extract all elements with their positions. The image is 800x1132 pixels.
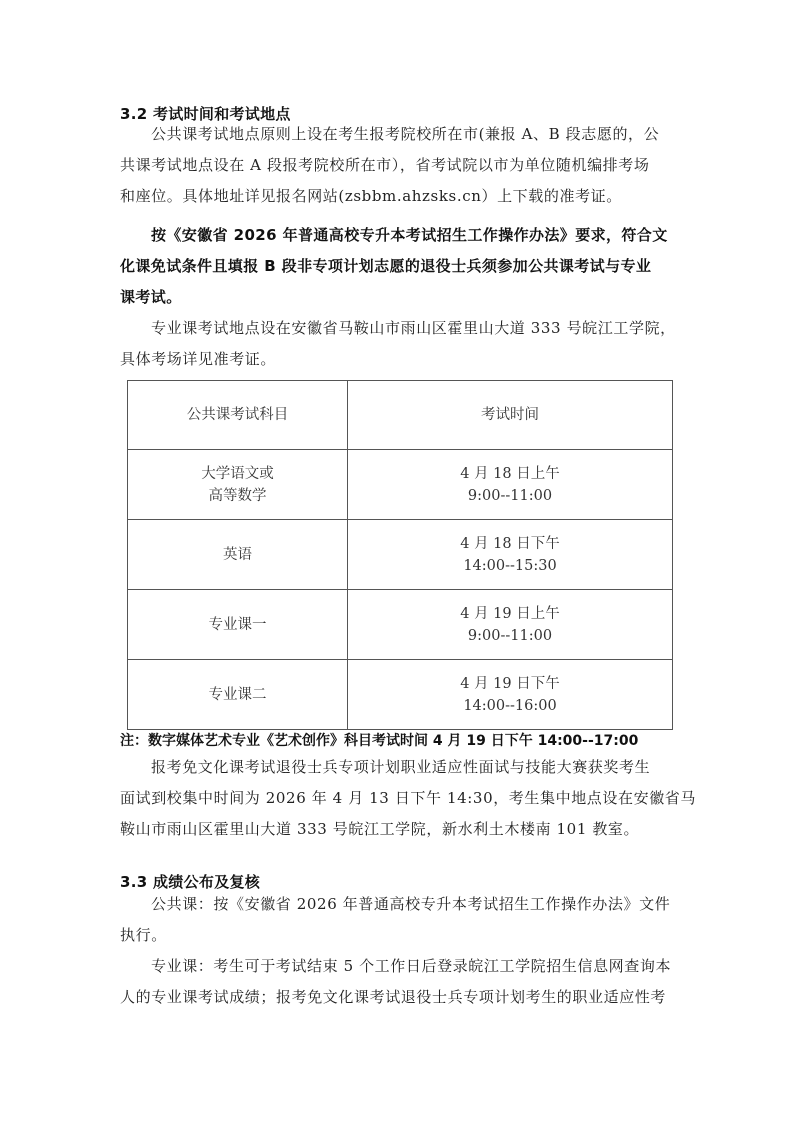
subject-line: 专业课二: [128, 684, 347, 706]
cell-subject: 英语: [128, 520, 348, 590]
text-line: 具体考场详见准考证。: [120, 344, 680, 375]
paragraph-public-scores: 公共课：按《安徽省 2026 年普通高校专升本考试招生工作操作办法》文件 执行。: [120, 889, 680, 951]
table-row: 专业课一 4 月 19 日上午 9:00--11:00: [128, 590, 673, 660]
text-line: 和座位。具体地址详见报名网站(zsbbm.ahzsks.cn）上下载的准考证。: [120, 181, 680, 212]
time-range: 9:00--11:00: [348, 625, 672, 647]
header-subject: 公共课考试科目: [128, 381, 348, 450]
paragraph-public-exam-location: 公共课考试地点原则上设在考生报考院校所在市(兼报 A、B 段志愿的，公 共课考试…: [120, 119, 680, 212]
time-range: 14:00--15:30: [348, 555, 672, 577]
text-line: 执行。: [120, 920, 680, 951]
cell-time: 4 月 19 日上午 9:00--11:00: [348, 590, 673, 660]
document-page: 3.2 考试时间和考试地点 公共课考试地点原则上设在考生报考院校所在市(兼报 A…: [0, 0, 800, 1132]
time-date: 4 月 19 日下午: [348, 673, 672, 695]
subject-line: 专业课一: [128, 614, 347, 636]
text-line: 专业课考试地点设在安徽省马鞍山市雨山区霍里山大道 333 号皖江工学院，: [120, 313, 680, 344]
paragraph-professional-exam-location: 专业课考试地点设在安徽省马鞍山市雨山区霍里山大道 333 号皖江工学院， 具体考…: [120, 313, 680, 375]
cell-time: 4 月 18 日上午 9:00--11:00: [348, 450, 673, 520]
time-date: 4 月 19 日上午: [348, 603, 672, 625]
table-row: 大学语文或 高等数学 4 月 18 日上午 9:00--11:00: [128, 450, 673, 520]
text-line: 专业课：考生可于考试结束 5 个工作日后登录皖江工学院招生信息网查询本: [120, 951, 680, 982]
time-date: 4 月 18 日上午: [348, 463, 672, 485]
paragraph-professional-scores: 专业课：考生可于考试结束 5 个工作日后登录皖江工学院招生信息网查询本 人的专业…: [120, 951, 680, 1013]
schedule-note: 注：数字媒体艺术专业《艺术创作》科目考试时间 4 月 19 日下午 14:00-…: [120, 731, 638, 751]
text-line: 鞍山市雨山区霍里山大道 333 号皖江工学院，新水利土木楼南 101 教室。: [120, 814, 680, 845]
text-line: 公共课考试地点原则上设在考生报考院校所在市(兼报 A、B 段志愿的，公: [120, 119, 680, 150]
text-line: 面试到校集中时间为 2026 年 4 月 13 日下午 14:30，考生集中地点…: [120, 783, 680, 814]
table-header-row: 公共课考试科目 考试时间: [128, 381, 673, 450]
time-range: 14:00--16:00: [348, 695, 672, 717]
text-line: 共课考试地点设在 A 段报考院校所在市），省考试院以市为单位随机编排考场: [120, 150, 680, 181]
text-line: 课考试。: [120, 282, 680, 313]
subject-line: 英语: [128, 544, 347, 566]
cell-time: 4 月 19 日下午 14:00--16:00: [348, 660, 673, 730]
text-line: 人的专业课考试成绩；报考免文化课考试退役士兵专项计划考生的职业适应性考: [120, 982, 680, 1013]
text-line: 按《安徽省 2026 年普通高校专升本考试招生工作操作办法》要求，符合文: [120, 220, 680, 251]
text-line: 公共课：按《安徽省 2026 年普通高校专升本考试招生工作操作办法》文件: [120, 889, 680, 920]
cell-subject: 大学语文或 高等数学: [128, 450, 348, 520]
table-row: 专业课二 4 月 19 日下午 14:00--16:00: [128, 660, 673, 730]
cell-subject: 专业课二: [128, 660, 348, 730]
text-line: 化课免试条件且填报 B 段非专项计划志愿的退役士兵须参加公共课考试与专业: [120, 251, 680, 282]
header-time: 考试时间: [348, 381, 673, 450]
exam-schedule-table: 公共课考试科目 考试时间 大学语文或 高等数学 4 月 18 日上午 9:00-…: [127, 380, 673, 730]
paragraph-veteran-interview: 报考免文化课考试退役士兵专项计划职业适应性面试与技能大赛获奖考生 面试到校集中时…: [120, 752, 680, 845]
time-range: 9:00--11:00: [348, 485, 672, 507]
subject-line: 高等数学: [128, 485, 347, 507]
time-date: 4 月 18 日下午: [348, 533, 672, 555]
cell-subject: 专业课一: [128, 590, 348, 660]
table-row: 英语 4 月 18 日下午 14:00--15:30: [128, 520, 673, 590]
cell-time: 4 月 18 日下午 14:00--15:30: [348, 520, 673, 590]
subject-line: 大学语文或: [128, 463, 347, 485]
text-line: 报考免文化课考试退役士兵专项计划职业适应性面试与技能大赛获奖考生: [120, 752, 680, 783]
paragraph-veteran-requirement: 按《安徽省 2026 年普通高校专升本考试招生工作操作办法》要求，符合文 化课免…: [120, 220, 680, 313]
